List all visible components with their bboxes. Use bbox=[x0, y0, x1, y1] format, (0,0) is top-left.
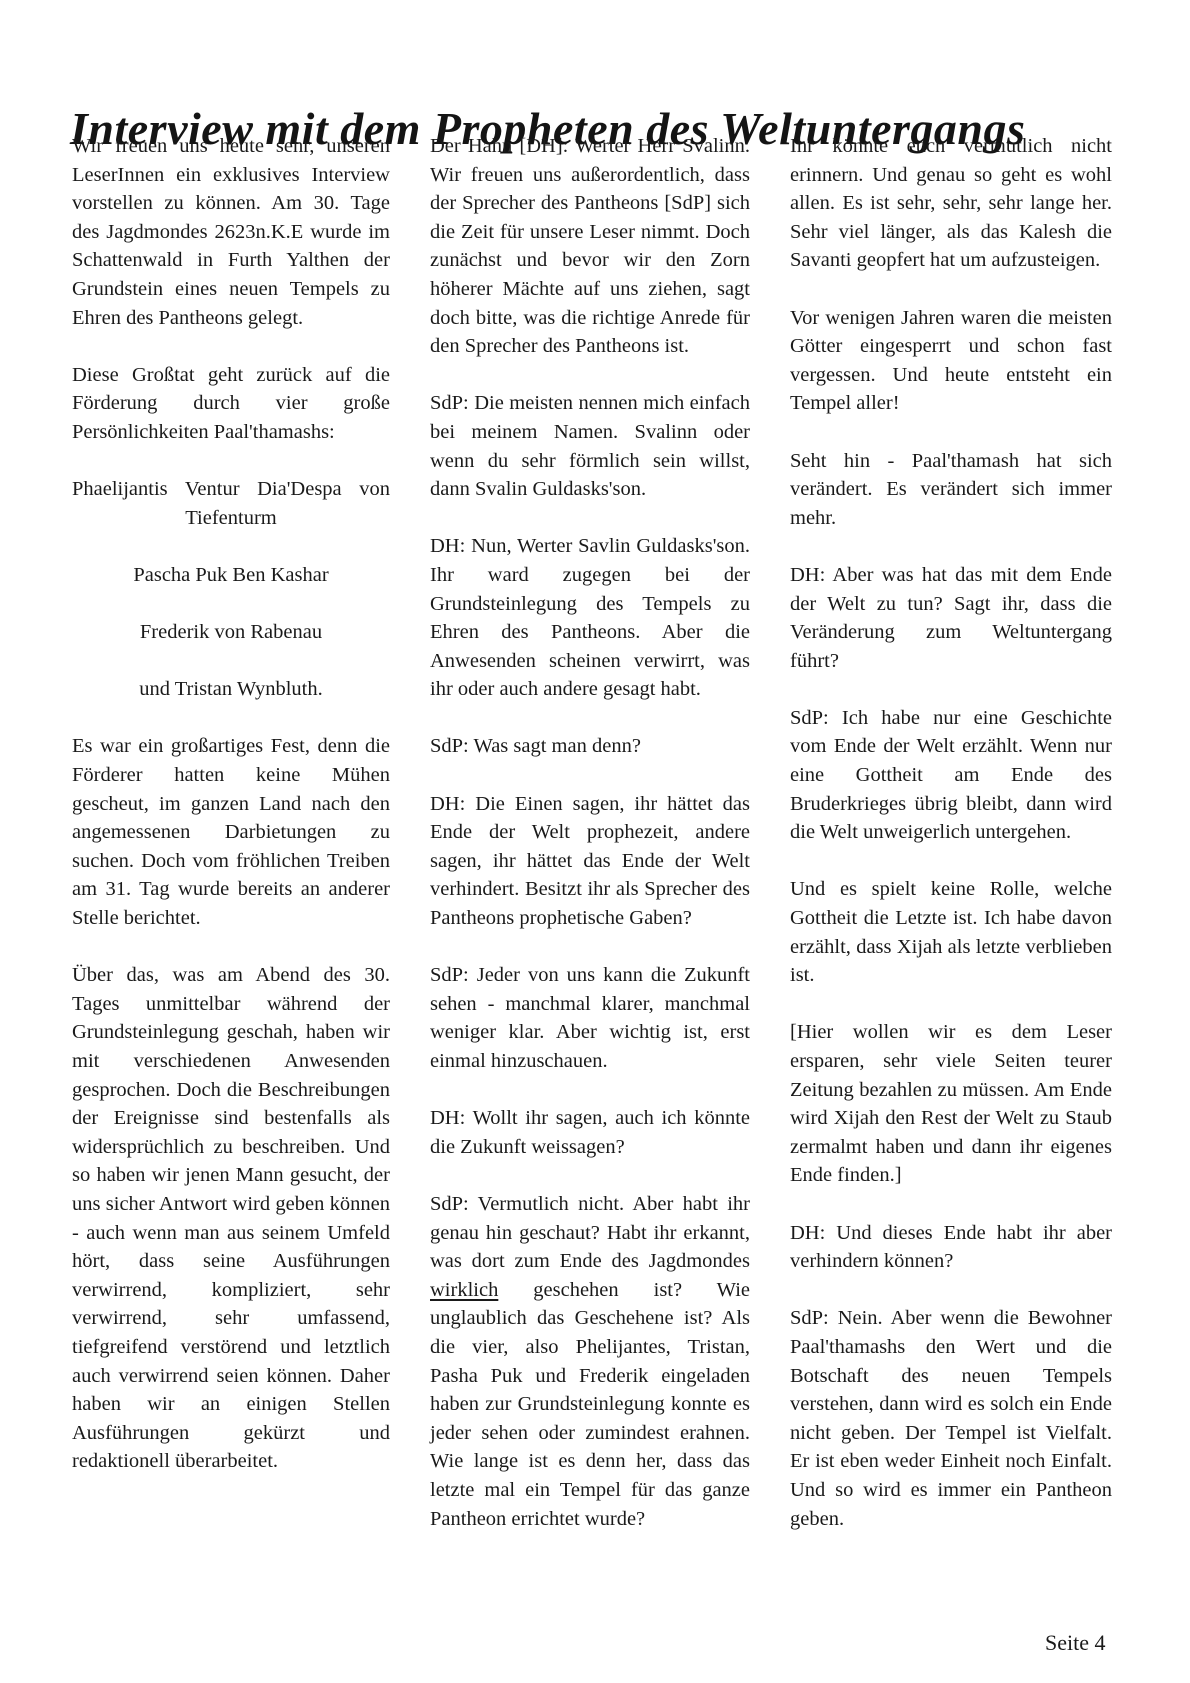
interview-question-foretell: DH: Wollt ihr sagen, auch ich könnte die… bbox=[430, 1104, 750, 1161]
answer-xijah: Und es spielt keine Rolle, welche Gotthe… bbox=[790, 875, 1112, 989]
article-column-2: Der Hahn [DH]: Werter Herr Svalinn. Wir … bbox=[430, 132, 750, 1533]
intro-paragraph: Wir freuen uns heute sehr, unseren Leser… bbox=[72, 132, 390, 332]
emphasized-word: wirklich bbox=[430, 1279, 498, 1301]
interview-question-address: Der Hahn [DH]: Werter Herr Svalinn. Wir … bbox=[430, 132, 750, 361]
sponsor-name-3: Frederik von Rabenau bbox=[72, 618, 390, 647]
interview-question-end-of-world: DH: Aber was hat das mit dem Ende der We… bbox=[790, 561, 1112, 675]
editorial-note-paragraph: Über das, was am Abend des 30. Tages unm… bbox=[72, 961, 390, 1476]
interview-answer-look-closely: SdP: Vermutlich nicht. Aber habt ihr gen… bbox=[430, 1190, 750, 1533]
editorial-bracket-note: [Hier wollen wir es dem Leser ersparen, … bbox=[790, 1018, 1112, 1190]
sponsors-intro-paragraph: Diese Großtat geht zurück auf die Förder… bbox=[72, 361, 390, 447]
page-number: Seite 4 bbox=[1045, 1630, 1106, 1656]
interview-question-ceremony: DH: Nun, Werter Savlin Guldasks'son. Ihr… bbox=[430, 532, 750, 704]
festival-paragraph: Es war ein großartiges Fest, denn die Fö… bbox=[72, 732, 390, 932]
answer-text-after: geschehen ist? Wie unglaublich das Gesch… bbox=[430, 1279, 750, 1530]
interview-answer-story: SdP: Ich habe nur eine Geschichte vom En… bbox=[790, 704, 1112, 847]
interview-answer-pantheon: SdP: Nein. Aber wenn die Bewohner Paal't… bbox=[790, 1304, 1112, 1533]
answer-change: Seht hin - Paal'thamash hat sich verände… bbox=[790, 447, 1112, 533]
interview-question-prevented: DH: Und dieses Ende habt ihr aber verhin… bbox=[790, 1219, 1112, 1276]
sponsor-name-2: Pascha Puk Ben Kashar bbox=[72, 561, 390, 590]
interview-question-prophecy: DH: Die Einen sagen, ihr hättet das Ende… bbox=[430, 790, 750, 933]
sponsor-name-1: Phaelijantis Ventur Dia'Despa von Tiefen… bbox=[72, 475, 390, 532]
article-column-3: Ihr könnte euch vermutlich nicht erinner… bbox=[790, 132, 1112, 1533]
answer-text-before: SdP: Vermutlich nicht. Aber habt ihr gen… bbox=[430, 1193, 750, 1272]
interview-answer-name: SdP: Die meisten nennen mich einfach bei… bbox=[430, 389, 750, 503]
article-column-1: Wir freuen uns heute sehr, unseren Leser… bbox=[72, 132, 390, 1476]
answer-continuation: Ihr könnte euch vermutlich nicht erinner… bbox=[790, 132, 1112, 275]
interview-answer-future: SdP: Jeder von uns kann die Zukunft sehe… bbox=[430, 961, 750, 1075]
sponsor-name-4: und Tristan Wynbluth. bbox=[72, 675, 390, 704]
interview-answer-what-said: SdP: Was sagt man denn? bbox=[430, 732, 750, 761]
answer-gods-imprisoned: Vor wenigen Jahren waren die meisten Göt… bbox=[790, 304, 1112, 418]
